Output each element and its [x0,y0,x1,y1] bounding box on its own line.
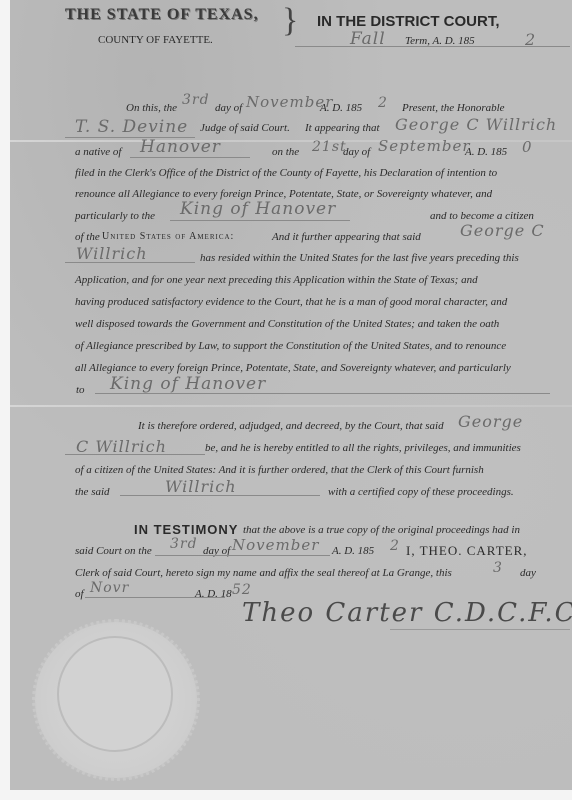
text-line: has resided within the United States for… [200,252,519,264]
text-line: Clerk of said Court, hereto sign my name… [75,567,452,579]
underline [65,454,205,455]
text-line: well disposed towards the Government and… [75,318,499,330]
text-line: Present, the Honorable [402,102,505,114]
text-line: of the [75,231,100,243]
handwritten-applicant: George C [460,221,545,240]
court-title: IN THE DISTRICT COURT, [317,13,500,30]
handwritten-year: 2 [378,95,388,111]
handwritten-day: 3 [493,560,503,576]
text-line: United States of America: [102,231,234,242]
text-line: having produced satisfactory evidence to… [75,296,507,308]
handwritten-year: 0 [522,138,533,156]
term-year: 2 [525,30,536,49]
handwritten-sovereign: King of Hanover [180,199,336,219]
clerk-signature: Theo Carter C.D.C.F.C. [242,598,572,628]
handwritten-name: George [458,412,523,431]
text-line: with a certified copy of these proceedin… [328,486,514,498]
fold-line [10,140,572,142]
handwritten-judge: T. S. Devine [75,117,188,137]
text-line: A. D. 185 [465,146,507,158]
underline [95,393,550,394]
handwritten-year: 52 [232,582,252,598]
text-line: a native of [75,146,121,158]
text-line: the said [75,486,110,498]
handwritten-month: Novr [90,580,129,596]
handwritten-sovereign: King of Hanover [110,374,266,394]
text-line: on the [272,146,299,158]
underline [170,220,350,221]
text-line: said Court on the [75,545,152,557]
text-line: I, THEO. CARTER, [406,543,528,559]
underline [155,555,330,556]
handwritten-day: 3rd [182,92,210,108]
text-line: Application, and for one year next prece… [75,274,478,286]
seal-emblem [57,636,173,752]
text-line: And it further appearing that said [272,231,421,243]
state-title: THE STATE OF TEXAS, [65,6,259,24]
signature-line [390,629,570,630]
text-line: It is therefore ordered, adjudged, and d… [138,420,444,432]
text-line: be, and he is hereby entitled to all the… [205,442,521,454]
handwritten-day: 3rd [170,536,198,552]
underline [120,495,320,496]
text-line: A. D. 185 [320,102,362,114]
handwritten-day: 21st [312,139,347,155]
text-line: of a citizen of the United States: And i… [75,464,484,476]
underline [65,262,195,263]
handwritten-month: November [232,536,319,554]
text-line: day of [215,102,242,114]
handwritten-month: September [378,137,471,155]
handwritten-native: Hanover [140,137,221,157]
text-line: particularly to the [75,210,155,222]
text-line: all Allegiance to every foreign Prince, … [75,362,511,374]
text-line: day [520,567,536,579]
text-line: filed in the Clerk's Office of the Distr… [75,167,497,179]
handwritten-year: 2 [390,538,400,554]
text-line: A. D. 185 [332,545,374,557]
text-line: of [75,588,84,600]
text-line: to [76,384,85,396]
testimony-heading: IN TESTIMONY [134,522,238,537]
underline [130,157,250,158]
handwritten-name: Willrich [165,477,237,496]
county-label: COUNTY OF FAYETTE. [98,34,213,46]
term-label: Term, A. D. 185 [405,35,475,47]
court-seal [35,622,197,778]
text-line: that the above is a true copy of the ori… [243,524,520,536]
fold-line [10,405,572,407]
text-line: Judge of said Court. [200,122,290,134]
brace-glyph: } [282,2,298,40]
handwritten-applicant: Willrich [76,244,148,263]
text-line: It appearing that [305,122,380,134]
text-line: day of [343,146,370,158]
naturalization-document: THE STATE OF TEXAS, COUNTY OF FAYETTE. }… [10,0,572,790]
text-line: A. D. 18 [195,588,232,600]
handwritten-applicant: George C Willrich [395,115,557,134]
text-line: of Allegiance prescribed by Law, to supp… [75,340,506,352]
text-line: On this, the [126,102,177,114]
